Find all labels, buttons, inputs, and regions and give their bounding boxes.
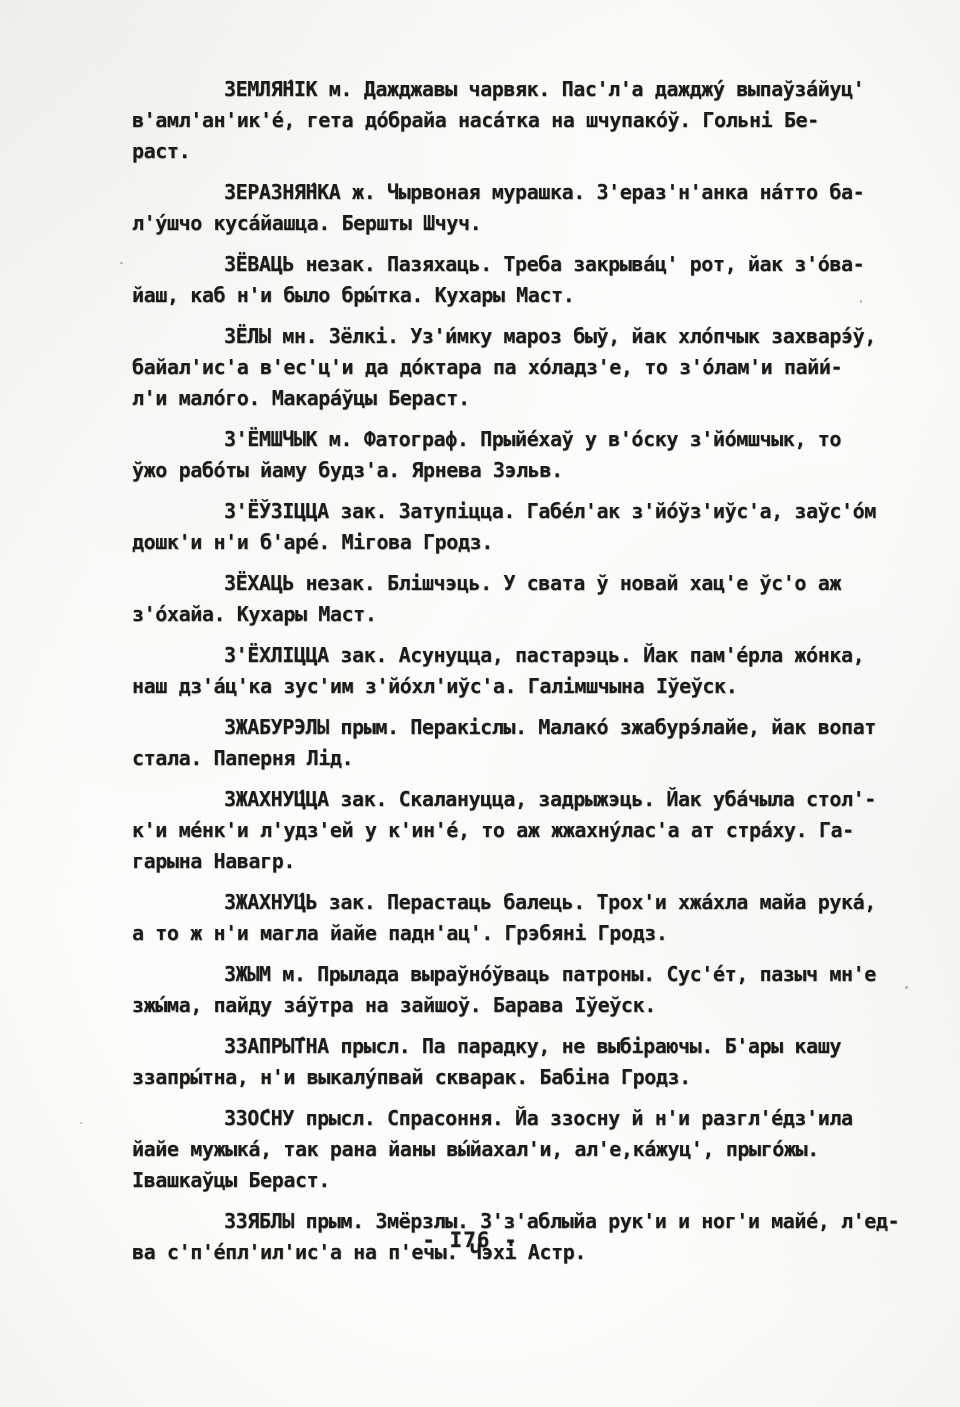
dictionary-entry: З'ЁМШЧЫК м. Фатограф. Прыйе́хаў у в'о́ск… <box>132 424 910 486</box>
dictionary-entry: З'ЁХЛІЦЦА зак. Асунуцца, пастарэць. Йак … <box>132 640 910 702</box>
dictionary-entry: ЗЁЛЫ мн. Зёлкі. Уз'и́мку мароз быў, йак … <box>132 321 910 414</box>
dictionary-entry: ЗЁХАЦЬ незак. Блішчэць. У свата ў новай … <box>132 568 910 630</box>
dictionary-entry: З'ЁЎЗІЦЦА зак. Затупіцца. Габе́л'ак з'йо… <box>132 496 910 558</box>
dictionary-entry: ЗЗАПРЫ́ТНА прысл. Па парадку, не выбіраю… <box>132 1031 910 1093</box>
text-block: ЗЕМЛЯ́НІК м. Дажджавы чарвяк. Пас'л'а да… <box>132 74 910 1278</box>
dictionary-entry: ЗЖАБУРЭЛЫ прым. Перакіслы. Малако́ зжабу… <box>132 712 910 774</box>
scan-speck <box>905 986 908 989</box>
dictionary-entry: ЗЖАХНУ́ЦЬ зак. Перастаць балець. Трох'и … <box>132 887 910 949</box>
dictionary-entry: ЗЗО́СНУ прысл. Спрасоння. Йа ззосну й н'… <box>132 1103 910 1196</box>
dictionary-entry: ЗЁВАЦЬ незак. Пазяхаць. Треба закрыва́ц'… <box>132 249 910 311</box>
dictionary-entry: ЗЖАХНУ́ЦЦА зак. Скалануцца, задрыжэць. Й… <box>132 784 910 877</box>
dictionary-entry: ЗЖЫМ м. Прылада выраўно́ўваць патроны. С… <box>132 959 910 1021</box>
dictionary-entry: ЗЕРАЗНЯ́НКА ж. Чырвоная мурашка. З'ераз'… <box>132 177 910 239</box>
scan-speck <box>860 300 862 303</box>
scan-speck <box>460 466 463 469</box>
scan-speck <box>80 1122 82 1124</box>
page-number: - I76 - <box>0 1228 940 1252</box>
scanned-dictionary-page: ЗЕМЛЯ́НІК м. Дажджавы чарвяк. Пас'л'а да… <box>0 0 960 1407</box>
scan-speck <box>120 262 123 264</box>
dictionary-entry: ЗЕМЛЯ́НІК м. Дажджавы чарвяк. Пас'л'а да… <box>132 74 910 167</box>
